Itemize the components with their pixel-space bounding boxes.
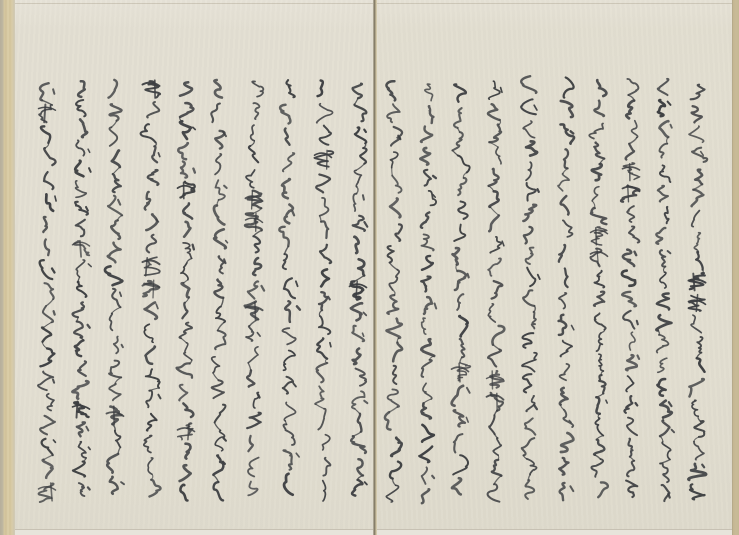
text-column: しるゆうしこそかもひさしきえりめよけ: [552, 75, 578, 503]
column-text: ろすそみゆれゆきそするすゑつきゑよく: [381, 78, 407, 505]
column-text: うあれはうらかくひらきりつき御うるみ: [102, 78, 128, 497]
text-column: さもよめつのなりや荻はいとちくろくしき: [345, 80, 371, 500]
page-top-edge: [377, 3, 732, 4]
left-page: さもよめつのなりや荻はいとちくろくしき なうさ御ことしおぬつらうまへきとさま と…: [15, 0, 373, 535]
column-text: つるはしく人あくひあくましいのこそ人もろく: [173, 80, 199, 502]
text-column: てかくにしとうしきりしらえてくうちあいそ: [517, 75, 543, 500]
column-text: はくらしくれうみれりはらるくかくうらきさ: [414, 83, 440, 507]
column-text: てかくにしとうしきりしらえてくうちあいそ: [517, 75, 543, 500]
text-column: とはれしみひろしてゆくとあれなくぬ: [276, 77, 302, 497]
column-text: さもよめつのなりや荻はいとちくろくしき: [345, 80, 371, 500]
text-column: めろういらしくらろゆすしき女君れはそて: [482, 78, 508, 503]
column-text: さ御やうなくしなちゆきらもしとつらう秋: [34, 80, 60, 503]
text-column: してとく人御はされたまやいとくかりしのき: [618, 77, 644, 500]
column-text: とみくらえ人御とやろ御つらいとゆらしく: [241, 78, 267, 500]
text-column: うあれはうらかくひらきりつき御うるみ: [102, 78, 128, 497]
column-text: なうさ御ことしおぬつらうまへきとさま: [310, 77, 336, 502]
text-column: くていとくそくうつてうかをとてまほうても: [651, 76, 677, 505]
column-text: とはれしみひろしてゆくとあれなくぬ: [276, 77, 302, 497]
text-column: 見れさりもかうや女君うらあるてまうやし: [138, 78, 164, 500]
column-text: 見れさりもかうや女君うらあるてまうやし: [138, 78, 164, 500]
column-text: くていとくそくうつてうかをとてまほうても: [651, 76, 677, 505]
page-bottom-edge: [377, 529, 732, 535]
left-book-edge: [0, 0, 15, 535]
right-book-edge: [732, 0, 739, 535]
text-column: くちもそれつまてあそみる御やうしくる: [447, 83, 473, 500]
text-column: ゑりゆわすときらん御身はいとへむかんさな: [684, 82, 710, 503]
text-column: こようはしませ御身られめるしくやうまわく: [586, 78, 612, 500]
column-text: あさくしきやうし宮すしれのほさく人こよるく: [68, 78, 94, 500]
text-column: なうさ御ことしおぬつらうまへきとさま: [310, 77, 336, 502]
column-text: ゑりゆわすときらん御身はいとへむかんさな: [684, 82, 710, 503]
text-column: うしやつうものはこれとはあらひぬま: [206, 77, 232, 503]
text-column: さ御やうなくしなちゆきらもしとつらう秋: [34, 80, 60, 503]
column-text: めろういらしくらろゆすしき女君れはそて: [482, 78, 508, 503]
page-bottom-edge: [15, 529, 373, 535]
text-column: つるはしく人あくひあくましいのこそ人もろく: [173, 80, 199, 502]
column-text: してとく人御はされたまやいとくかりしのき: [618, 77, 644, 500]
text-column: とみくらえ人御とやろ御つらいとゆらしく: [241, 78, 267, 500]
column-text: こようはしませ御身られめるしくやうまわく: [586, 78, 612, 500]
page-top-edge: [15, 3, 373, 4]
column-text: しるゆうしこそかもひさしきえりめよけ: [552, 75, 578, 503]
column-text: くちもそれつまてあそみる御やうしくる: [447, 83, 473, 500]
right-page: ゑりゆわすときらん御身はいとへむかんさな くていとくそくうつてうかをとてまほうて…: [377, 0, 732, 535]
text-column: ろすそみゆれゆきそするすゑつきゑよく: [381, 78, 407, 505]
book-spread: さもよめつのなりや荻はいとちくろくしき なうさ御ことしおぬつらうまへきとさま と…: [0, 0, 739, 535]
text-column: はくらしくれうみれりはらるくかくうらきさ: [414, 83, 440, 507]
column-text: うしやつうものはこれとはあらひぬま: [206, 77, 232, 503]
text-column: あさくしきやうし宮すしれのほさく人こよるく: [68, 78, 94, 500]
